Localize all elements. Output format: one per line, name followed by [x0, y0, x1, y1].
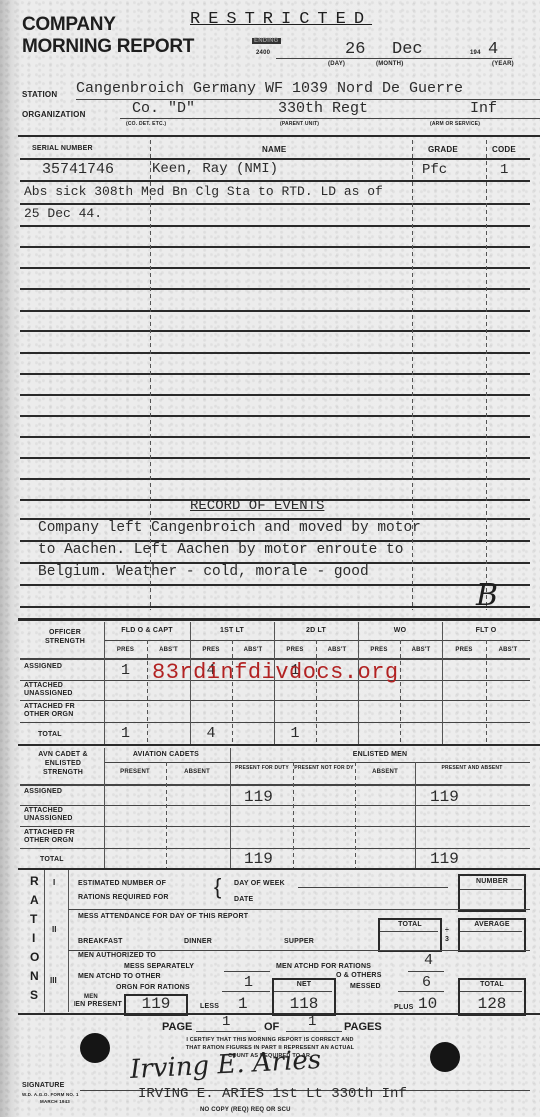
rations-required-label: RATIONS REQUIRED FOR: [78, 894, 169, 901]
roster-col-divider: [412, 140, 413, 610]
organization-rule: [120, 118, 540, 119]
group-1st-lt: 1ST LT: [190, 627, 274, 634]
enlisted-row-assigned-label: ASSIGNED: [24, 788, 62, 795]
enlisted-group-rule: [104, 762, 530, 763]
sub-abst: ABS'T: [147, 647, 190, 653]
rations-letter-o: O: [30, 950, 39, 964]
roster-rule: [20, 373, 530, 375]
enlisted-col-divider: [104, 748, 105, 868]
enlisted-row-rule: [20, 784, 530, 786]
page-label: PAGE: [162, 1021, 192, 1033]
enlisted-men-header: ENLISTED MEN: [230, 751, 530, 758]
mess-total-box-rule: [380, 931, 438, 932]
men-label: MEN: [84, 994, 98, 1000]
officer-row-rule: [20, 722, 530, 723]
ration-total-value: 128: [460, 995, 524, 1013]
men-atchd-for-rations-field: [408, 971, 444, 972]
estimated-number-label: ESTIMATED NUMBER OF: [78, 880, 166, 887]
company-caption: (CO. DET. ETC.): [126, 121, 166, 127]
sub-abst: ABS'T: [316, 647, 358, 653]
form-number: W.D. A.G.O. FORM NO. 1: [22, 1092, 79, 1097]
entry-serial-number: 35741746: [42, 161, 114, 178]
officer-group-rule: [104, 640, 530, 641]
rations-letter-a: A: [30, 893, 39, 907]
ending-label: ENDING: [252, 38, 281, 44]
section-i-numeral: I: [53, 878, 55, 887]
sub-pres: PRES: [274, 647, 316, 653]
header-divider: [18, 135, 540, 137]
officer-row-attached-other-label: ATTACHED FR OTHER ORGN: [24, 703, 100, 719]
orgn-for-rations-label: ORGN FOR RATIONS: [116, 984, 190, 991]
roster-rule: [20, 330, 530, 332]
roster-rule: [20, 415, 530, 417]
classification-stamp: RESTRICTED: [190, 10, 372, 29]
group-wo: WO: [358, 627, 442, 634]
col-code: CODE: [492, 145, 516, 154]
col-em-present-for-duty: PRESENT FOR DUTY: [232, 765, 292, 772]
report-month: Dec: [392, 40, 423, 59]
sub-abst: ABS'T: [400, 647, 442, 653]
report-day: 26: [345, 40, 365, 59]
rations-numeral-divider: [68, 870, 69, 1012]
number-box-rule: [460, 889, 522, 890]
mess-attendance-title: MESS ATTENDANCE FOR DAY OF THIS REPORT: [78, 913, 248, 920]
organization-company: Co. "D": [132, 100, 195, 117]
record-of-events-line1: Company left Cangenbroich and moved by m…: [38, 520, 421, 536]
enlisted-row-rule: [20, 848, 530, 849]
officer-col-divider: [316, 640, 317, 744]
officer-row-rule: [20, 700, 530, 701]
less-value: 1: [238, 995, 248, 1013]
station-value: Cangenbroich Germany WF 1039 Nord De Gue…: [76, 80, 463, 97]
group-2d-lt: 2D LT: [274, 627, 358, 634]
entry-code: 1: [500, 162, 508, 178]
roster-rule: [20, 225, 530, 227]
group-fld-o-capt: FLD O & CAPT: [104, 627, 190, 634]
o-and-others-value: 6: [422, 974, 431, 991]
enlisted-total-present-and-absent: 119: [430, 850, 459, 868]
men-atchd-other-label: MEN ATCHD TO OTHER: [78, 973, 161, 980]
day-caption: (DAY): [328, 61, 345, 67]
enlisted-row-attached-other-label: ATTACHED FR OTHER ORGN: [24, 829, 100, 845]
entry-name: Keen, Ray (NMI): [152, 161, 278, 177]
roster-rule: [20, 436, 530, 438]
form-title-line2: MORNING REPORT: [22, 36, 194, 58]
o-and-others-field: [398, 991, 444, 992]
mess-separately-field: [224, 971, 270, 972]
enlisted-row-rule: [20, 826, 530, 827]
day-of-week-label: DAY OF WEEK: [234, 880, 285, 887]
men-atchd-for-rations-value: 4: [424, 952, 433, 969]
roster-rule: [20, 457, 530, 459]
section-iii-numeral: III: [50, 976, 57, 985]
roster-rule: [20, 267, 530, 269]
entry-remark-line1: Abs sick 308th Med Bn Clg Sta to RTD. LD…: [24, 184, 383, 199]
signature-label: SIGNATURE: [22, 1082, 65, 1089]
officer-row-attached-unassigned-label: ATTACHED UNASSIGNED: [24, 682, 100, 698]
aviation-cadets-header: AVIATION CADETS: [106, 751, 226, 758]
record-of-events-line2: to Aachen. Left Aachen by motor enroute …: [38, 542, 403, 558]
mess-total-label: TOTAL: [380, 921, 440, 928]
plus-value: 10: [418, 995, 437, 1013]
entry-remark-line2: 25 Dec 44.: [24, 206, 102, 221]
initials-mark: B: [476, 578, 498, 613]
station-label: STATION: [22, 90, 57, 99]
officer-assigned-fld-pres: 1: [104, 662, 147, 679]
signer-name: IRVING E. ARIES 1st Lt 330th Inf: [138, 1086, 407, 1102]
enlisted-total-present-for-duty: 119: [244, 850, 273, 868]
officer-row-assigned-label: ASSIGNED: [24, 663, 62, 670]
enlisted-strength-title: AVN CADET & ENLISTED STRENGTH: [24, 750, 102, 777]
col-em-present-and-absent: PRESENT AND ABSENT: [416, 765, 528, 772]
breakfast-label: BREAKFAST: [78, 938, 123, 945]
rations-letter-n: N: [30, 969, 39, 983]
sub-pres: PRES: [104, 647, 147, 653]
rations-letter-divider: [44, 870, 45, 1012]
date-label: DATE: [234, 896, 253, 903]
men-atchd-other-value: 1: [244, 974, 253, 991]
men-present-value: 119: [126, 995, 186, 1013]
ration-total-label: TOTAL: [460, 981, 524, 988]
page-field: [196, 1031, 256, 1032]
roster-rule: [20, 310, 530, 312]
col-em-present-not-for-duty: PRESENT NOT FOR DY: [294, 765, 354, 772]
ending-time: 2400: [256, 50, 270, 56]
men-atchd-other-field: [222, 991, 270, 992]
enlisted-assigned-present-and-absent: 119: [430, 788, 459, 806]
messed-label: MESSED: [350, 983, 381, 990]
enlisted-row-total-label: TOTAL: [40, 856, 64, 863]
col-serial-number: SERIAL NUMBER: [32, 145, 93, 152]
record-of-events-line3: Belgium. Weather - cold, morale - good: [38, 564, 369, 580]
col-em-absent: ABSENT: [356, 769, 414, 775]
roster-rule: [20, 288, 530, 290]
enlisted-col-divider: [355, 762, 356, 868]
net-value: 118: [274, 995, 334, 1013]
roster-rule: [20, 394, 530, 396]
pages-value: 1: [308, 1014, 316, 1030]
number-label: NUMBER: [460, 878, 524, 885]
morning-report-page: COMPANY MORNING REPORT RESTRICTED ENDING…: [0, 0, 540, 1117]
year-prefix: 194: [470, 50, 481, 56]
officer-col-divider: [400, 640, 401, 744]
section-ii-numeral: II: [52, 925, 56, 934]
record-of-events-title: RECORD OF EVENTS: [190, 498, 324, 514]
certification-line1: I CERTIFY THAT THIS MORNING REPORT IS CO…: [130, 1036, 410, 1044]
rations-letter-i: I: [32, 931, 35, 945]
sub-abst: ABS'T: [486, 647, 530, 653]
entry-grade: Pfc: [422, 162, 447, 178]
enlisted-col-divider: [293, 762, 294, 868]
officer-strength-title: OFFICER STRENGTH: [30, 628, 100, 646]
section-i-bottom: [68, 909, 530, 910]
punch-hole-left: [80, 1033, 110, 1063]
pages-field: [286, 1031, 342, 1032]
of-label: OF: [264, 1021, 279, 1033]
regiment-caption: (PARENT UNIT): [280, 121, 319, 127]
form-date: MARCH 1943: [40, 1099, 70, 1104]
roster-rule: [20, 180, 530, 182]
officer-section-divider: [18, 618, 540, 621]
roster-rule: [20, 246, 530, 248]
section-ii-bottom: [68, 950, 530, 951]
officer-total-fld-pres: 1: [104, 725, 147, 742]
average-label: AVERAGE: [460, 921, 524, 928]
rations-letter-t: T: [30, 912, 37, 926]
organization-label: ORGANIZATION: [22, 110, 86, 119]
enlisted-table-bottom: [18, 868, 540, 870]
sub-pres: PRES: [358, 647, 400, 653]
sub-pres: PRES: [190, 647, 232, 653]
men-present-label: MEN PRESENT: [74, 1001, 122, 1008]
dinner-label: DINNER: [184, 938, 212, 945]
roster-col-divider: [150, 140, 151, 610]
officer-total-2lt-pres: 1: [274, 725, 316, 742]
ration-total-box-rule: [460, 991, 522, 992]
men-authorized-label: MEN AUTHORIZED TO: [78, 952, 156, 959]
officer-total-1lt-pres: 4: [190, 725, 232, 742]
average-box-rule: [460, 931, 522, 932]
col-avn-present: PRESENT: [104, 769, 166, 775]
enlisted-col-divider: [230, 748, 231, 868]
roster-rule: [20, 158, 530, 160]
net-box-rule: [274, 991, 332, 992]
month-caption: (MONTH): [376, 61, 403, 67]
roster-rule: [20, 203, 530, 205]
col-grade: GRADE: [428, 145, 458, 154]
brace-icon: {: [214, 874, 221, 900]
officer-col-divider: [442, 622, 443, 744]
supper-label: SUPPER: [284, 938, 314, 945]
officer-row-total-label: TOTAL: [38, 731, 62, 738]
sub-pres: PRES: [442, 647, 486, 653]
men-atchd-for-rations-label: MEN ATCHD FOR RATIONS: [276, 963, 371, 970]
page-value: 1: [222, 1014, 230, 1030]
roster-rule: [20, 478, 530, 480]
rations-letter-s: S: [30, 988, 38, 1002]
roster-rule: [20, 584, 530, 586]
roster-rule: [20, 352, 530, 354]
organization-regiment: 330th Regt: [278, 100, 368, 117]
no-copy-note: NO COPY (REQ) REQ OR SCU: [200, 1107, 291, 1113]
less-label: LESS: [200, 1003, 219, 1010]
officer-col-divider: [486, 640, 487, 744]
col-avn-absent: ABSENT: [166, 769, 228, 775]
officer-col-divider: [232, 640, 233, 744]
enlisted-col-divider: [166, 762, 167, 868]
arm-caption: (ARM OR SERVICE): [430, 121, 480, 127]
organization-arm: Inf: [470, 100, 497, 117]
roster-rule: [20, 606, 530, 608]
sub-abst: ABS'T: [232, 647, 274, 653]
o-and-others-label: O & OTHERS: [336, 972, 382, 979]
enlisted-row-attached-unassigned-label: ATTACHED UNASSIGNED: [24, 807, 100, 823]
col-name: NAME: [262, 145, 286, 154]
rations-bottom: [18, 1013, 540, 1015]
roster-col-divider: [486, 140, 487, 610]
punch-hole-right: [430, 1042, 460, 1072]
group-flt-o: FLT O: [442, 627, 530, 634]
net-label: NET: [274, 981, 334, 988]
rations-letter-r: R: [30, 874, 39, 888]
report-year: 4: [488, 40, 498, 59]
plus-label: PLUS: [394, 1004, 413, 1011]
year-caption: (YEAR): [492, 61, 514, 67]
enlisted-assigned-present-for-duty: 119: [244, 788, 273, 806]
form-title-line1: COMPANY: [22, 14, 116, 36]
mess-separately-label: MESS SEPARATELY: [124, 963, 194, 970]
officer-table-bottom: [18, 744, 540, 746]
enlisted-col-divider: [415, 762, 416, 868]
day-of-week-field: [298, 887, 448, 888]
pages-label: PAGES: [344, 1021, 382, 1033]
divide-by-three: ÷ 3: [445, 926, 455, 944]
officer-col-divider: [147, 640, 148, 744]
website-watermark: 83rdinfdivdocs.org: [152, 660, 399, 685]
